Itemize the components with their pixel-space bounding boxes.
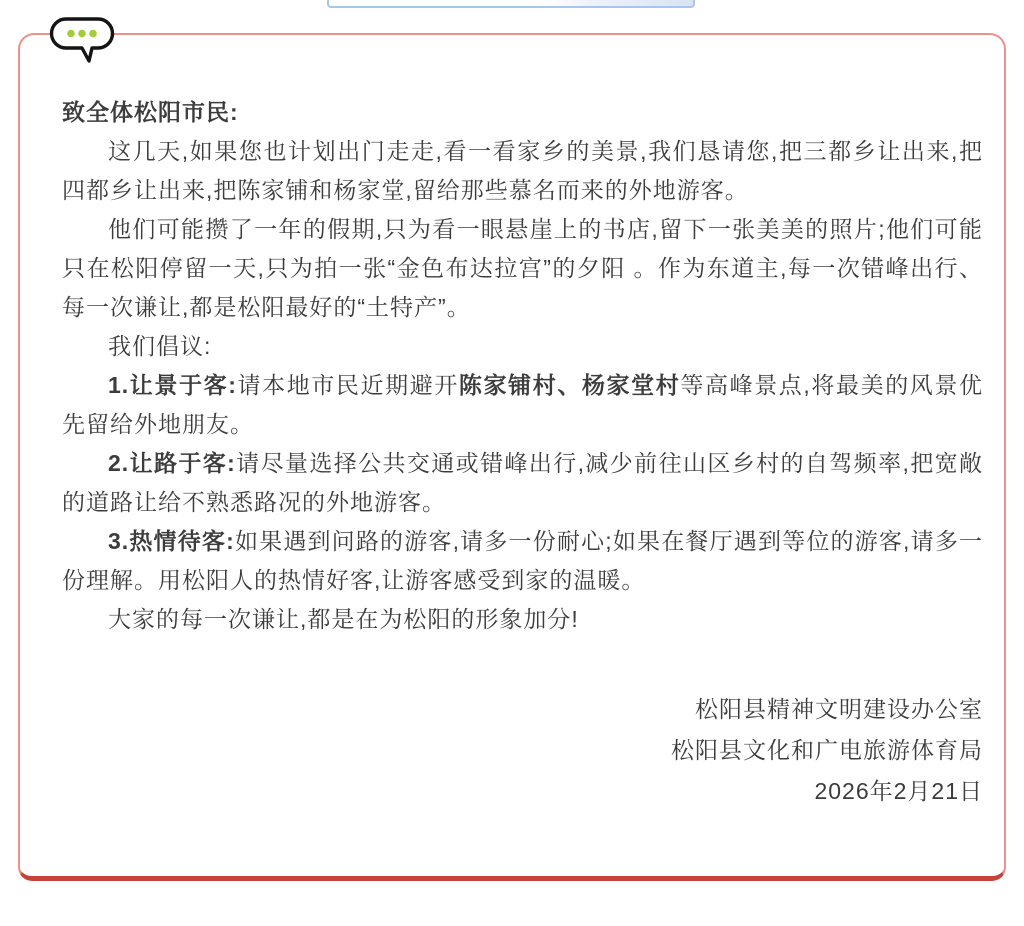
proposal-item-3: 3.热情待客:如果遇到问路的游客,请多一份耐心;如果在餐厅遇到等位的游客,请多一… [62, 522, 983, 600]
page: 致全体松阳市民: 这几天,如果您也计划出门走走,看一看家乡的美景,我们恳请您,把… [0, 0, 1024, 926]
notice-salutation: 致全体松阳市民: [62, 93, 983, 132]
notice-content: 致全体松阳市民: 这几天,如果您也计划出门走走,看一看家乡的美景,我们恳请您,把… [20, 35, 1004, 812]
notice-paragraph-2: 他们可能攒了一年的假期,只为看一眼悬崖上的书店,留下一张美美的照片;他们可能只在… [62, 210, 983, 327]
notice-card: 致全体松阳市民: 这几天,如果您也计划出门走走,看一看家乡的美景,我们恳请您,把… [18, 33, 1006, 881]
item-1-highlight: 陈家铺村、杨家堂村 [459, 372, 680, 398]
signature-block: 松阳县精神文明建设办公室 松阳县文化和广电旅游体育局 2026年2月21日 [62, 689, 983, 812]
item-3-label: 3.热情待客: [108, 528, 235, 554]
bubble-dot [67, 30, 75, 38]
signature-office-1: 松阳县精神文明建设办公室 [62, 689, 983, 730]
item-1-text: 请本地市民近期避开 [237, 372, 459, 398]
item-2-label: 2.让路于客: [108, 450, 236, 476]
speech-bubble-icon [46, 15, 118, 67]
cropped-input-bottom-edge[interactable] [327, 0, 695, 8]
item-1-label: 1.让景于客: [108, 372, 237, 398]
signature-date: 2026年2月21日 [62, 771, 983, 812]
closing-line: 大家的每一次谦让,都是在为松阳的形象加分! [62, 600, 983, 639]
proposal-intro: 我们倡议: [62, 327, 983, 366]
notice-paragraph-1: 这几天,如果您也计划出门走走,看一看家乡的美景,我们恳请您,把三都乡让出来,把四… [62, 132, 983, 210]
proposal-item-1: 1.让景于客:请本地市民近期避开陈家铺村、杨家堂村等高峰景点,将最美的风景优先留… [62, 366, 983, 444]
signature-office-2: 松阳县文化和广电旅游体育局 [62, 730, 983, 771]
proposal-item-2: 2.让路于客:请尽量选择公共交通或错峰出行,减少前往山区乡村的自驾频率,把宽敞的… [62, 444, 983, 522]
bubble-dot [89, 30, 97, 38]
bubble-dot [78, 30, 86, 38]
